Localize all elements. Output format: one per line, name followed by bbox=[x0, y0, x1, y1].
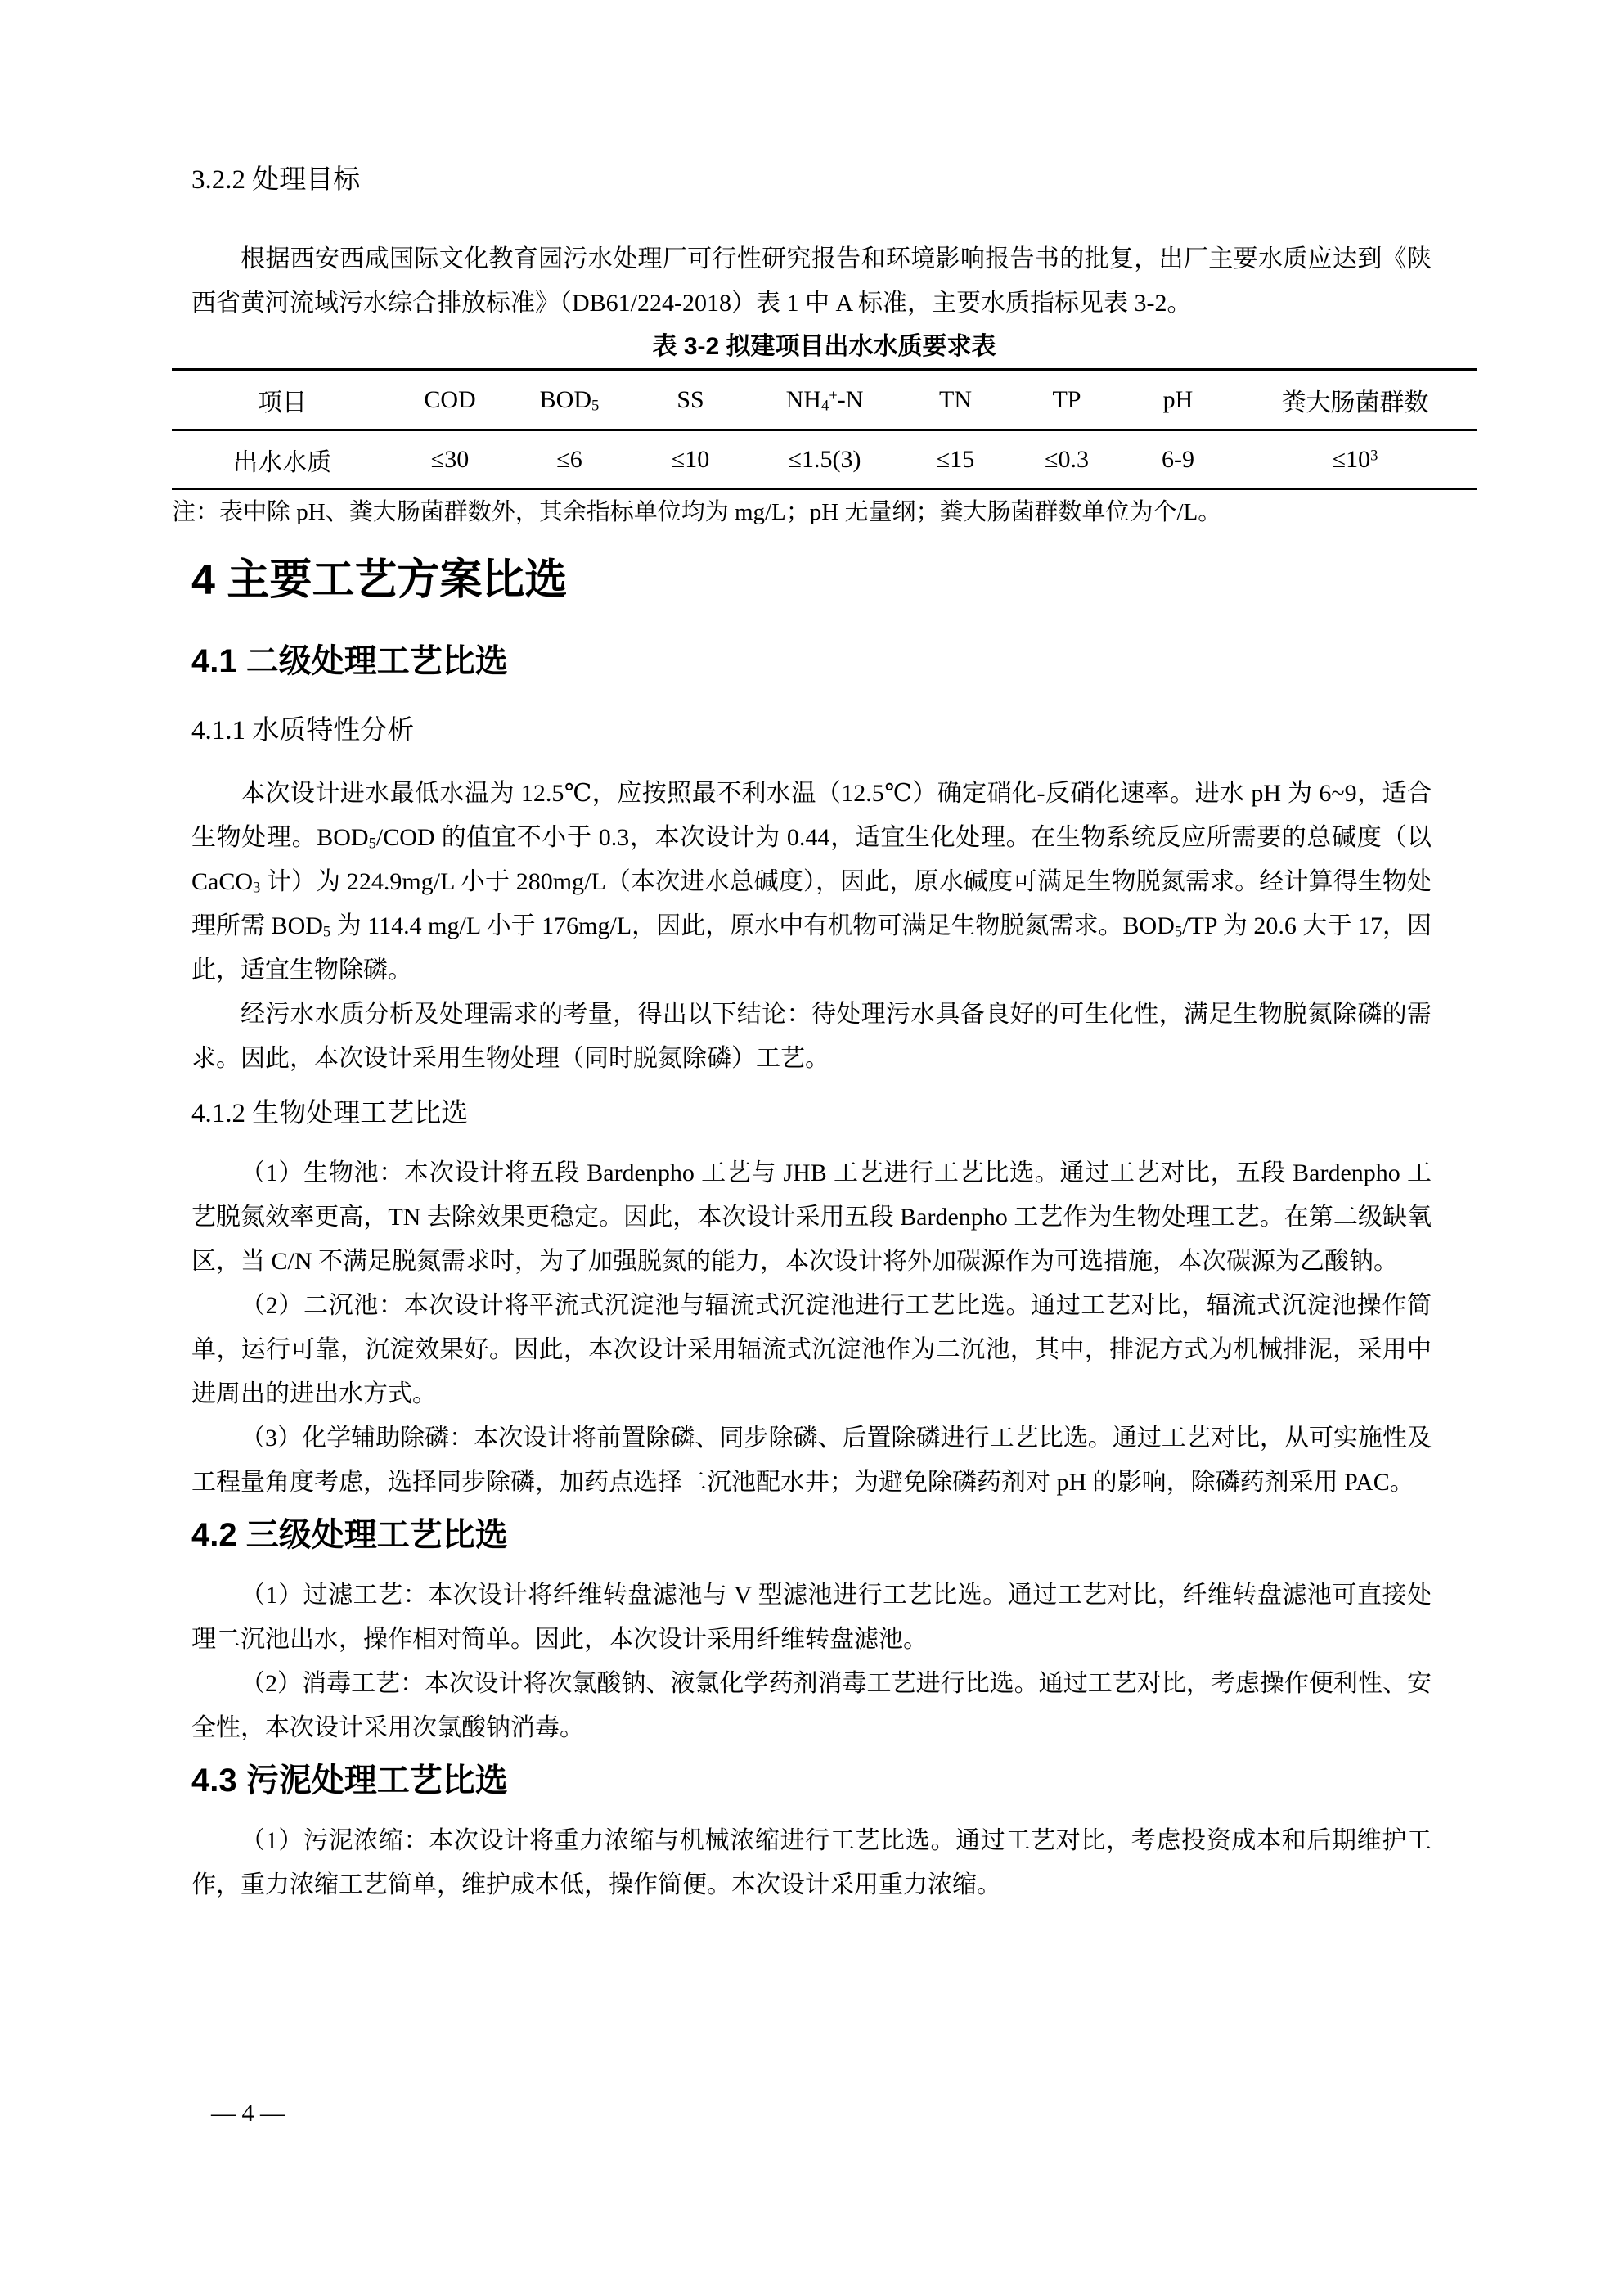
para-4-1-2-a: （1）生物池：本次设计将五段 Bardenpho 工艺与 JHB 工艺进行工艺比… bbox=[191, 1151, 1432, 1284]
heading-4-1: 4.1 二级处理工艺比选 bbox=[191, 642, 1432, 680]
document-page: 3.2.2 处理目标 根据西安西咸国际文化教育园污水处理厂可行性研究报告和环境影… bbox=[0, 0, 1623, 2296]
header-cell-cod: COD bbox=[393, 370, 507, 430]
header-cell-bod5: BOD5 bbox=[507, 370, 632, 430]
header-cell-coliform: 粪大肠菌群数 bbox=[1234, 370, 1477, 430]
table-header-row: 项目 COD BOD5 SS NH4+-N TN TP pH 粪大肠菌群数 bbox=[172, 370, 1477, 430]
para-4-1-1-a: 本次设计进水最低水温为 12.5℃，应按照最不利水温（12.5℃）确定硝化-反硝… bbox=[191, 772, 1432, 993]
para-4-1-2-b: （2）二沉池：本次设计将平流式沉淀池与辐流式沉淀池进行工艺比选。通过工艺对比，辐… bbox=[191, 1284, 1432, 1416]
value-ss: ≤10 bbox=[632, 430, 749, 489]
table-data-row: 出水水质 ≤30 ≤6 ≤10 ≤1.5(3) ≤15 ≤0.3 6-9 ≤10… bbox=[172, 430, 1477, 489]
header-cell-item: 项目 bbox=[172, 370, 393, 430]
table-3-2: 项目 COD BOD5 SS NH4+-N TN TP pH 粪大肠菌群数 出水… bbox=[172, 368, 1477, 490]
page-content: 3.2.2 处理目标 根据西安西咸国际文化教育园污水处理厂可行性研究报告和环境影… bbox=[191, 0, 1432, 1907]
row-label-effluent: 出水水质 bbox=[172, 430, 393, 489]
footer-page-number: — 4 — bbox=[211, 2100, 285, 2127]
heading-4-1-1: 4.1.1 水质特性分析 bbox=[191, 714, 1432, 747]
header-cell-tp: TP bbox=[1011, 370, 1122, 430]
table-3-2-note: 注：表中除 pH、粪大肠菌群数外，其余指标单位均为 mg/L；pH 无量纲；粪大… bbox=[172, 497, 1477, 528]
para-4-3-a: （1）污泥浓缩：本次设计将重力浓缩与机械浓缩进行工艺比选。通过工艺对比，考虑投资… bbox=[191, 1819, 1432, 1907]
heading-4-3: 4.3 污泥处理工艺比选 bbox=[191, 1762, 1432, 1799]
value-cod: ≤30 bbox=[393, 430, 507, 489]
para-4-2-a: （1）过滤工艺：本次设计将纤维转盘滤池与 V 型滤池进行工艺比选。通过工艺对比，… bbox=[191, 1573, 1432, 1662]
value-bod5: ≤6 bbox=[507, 430, 632, 489]
header-cell-ss: SS bbox=[632, 370, 749, 430]
header-cell-tn: TN bbox=[900, 370, 1011, 430]
heading-chapter-4: 4 主要工艺方案比选 bbox=[191, 557, 1432, 603]
value-tn: ≤15 bbox=[900, 430, 1011, 489]
table-3-2-caption: 表 3-2 拟建项目出水水质要求表 bbox=[172, 334, 1477, 360]
value-tp: ≤0.3 bbox=[1011, 430, 1122, 489]
value-coliform: ≤103 bbox=[1234, 430, 1477, 489]
heading-3-2-2: 3.2.2 处理目标 bbox=[191, 164, 1432, 196]
heading-4-1-2: 4.1.2 生物处理工艺比选 bbox=[191, 1097, 1432, 1130]
heading-4-2: 4.2 三级处理工艺比选 bbox=[191, 1516, 1432, 1554]
para-4-1-2-c: （3）化学辅助除磷：本次设计将前置除磷、同步除磷、后置除磷进行工艺比选。通过工艺… bbox=[191, 1416, 1432, 1505]
value-nh4n: ≤1.5(3) bbox=[749, 430, 900, 489]
header-cell-nh4n: NH4+-N bbox=[749, 370, 900, 430]
para-4-1-1-b: 经污水水质分析及处理需求的考量，得出以下结论：待处理污水具备良好的可生化性，满足… bbox=[191, 993, 1432, 1081]
para-3-2-2: 根据西安西咸国际文化教育园污水处理厂可行性研究报告和环境影响报告书的批复，出厂主… bbox=[191, 237, 1432, 326]
para-4-2-b: （2）消毒工艺：本次设计将次氯酸钠、液氯化学药剂消毒工艺进行比选。通过工艺对比，… bbox=[191, 1662, 1432, 1750]
value-ph: 6-9 bbox=[1122, 430, 1234, 489]
header-cell-ph: pH bbox=[1122, 370, 1234, 430]
